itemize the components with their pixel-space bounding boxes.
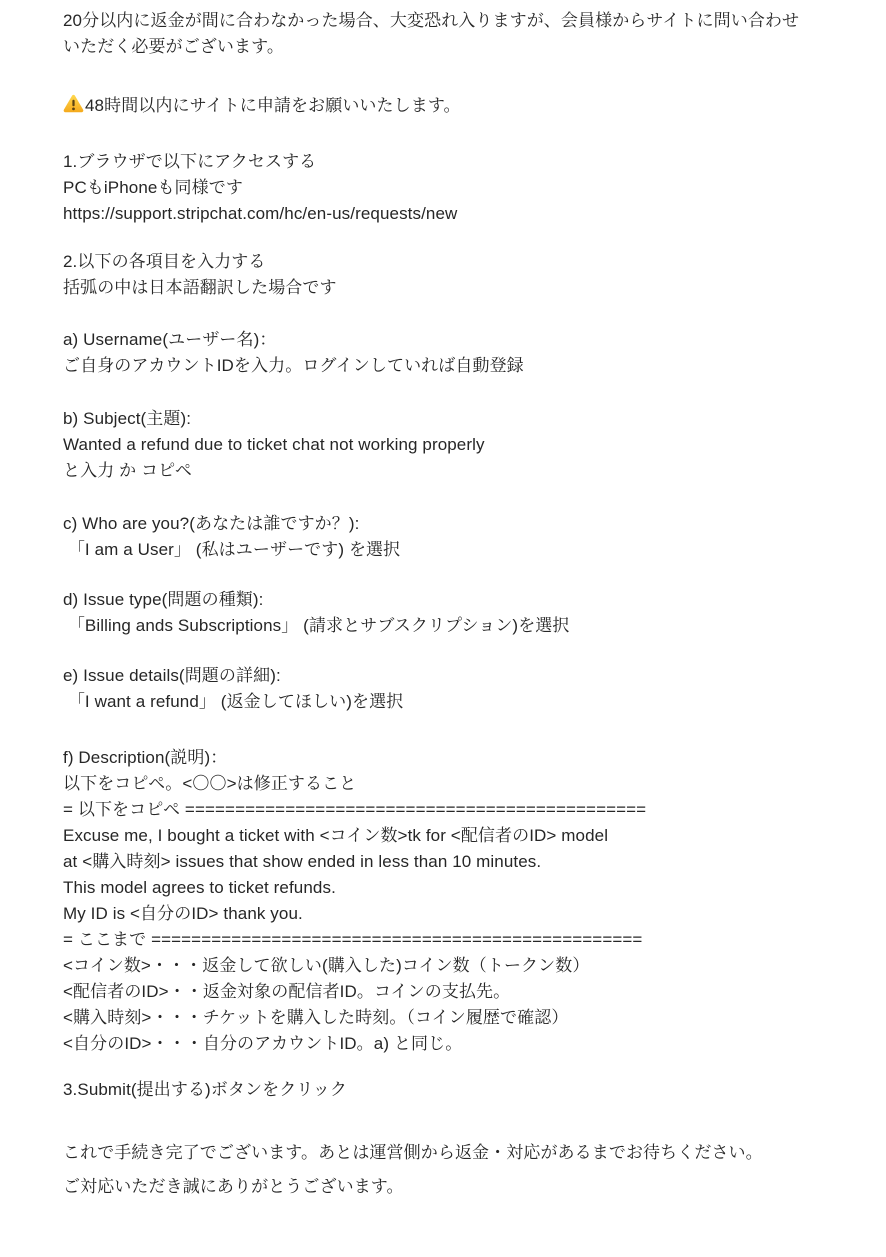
copy-end-divider: = ここまで =================================…: [63, 927, 846, 953]
paragraph-field-description: f) Description(説明)： 以下をコピペ。<〇〇>は修正すること =…: [63, 745, 846, 1057]
field-issue-details-instruction: 「I want a refund」 (返金してほしい)を選択: [63, 689, 846, 715]
paragraph-step-1: 1.ブラウザで以下にアクセスする PCもiPhoneも同様です https://…: [63, 149, 846, 227]
page: { "page": { "background": "#ffffff", "te…: [0, 0, 886, 1257]
paragraph-step-2: 2.以下の各項目を入力する 括弧の中は日本語翻訳した場合です: [63, 249, 846, 301]
field-username-label: a) Username(ユーザー名)：: [63, 327, 846, 353]
field-who-label: c) Who are you?(あなたは誰ですか？):: [63, 511, 846, 537]
field-description-instruction: 以下をコピペ。<〇〇>は修正すること: [63, 771, 846, 797]
closing-line: これで手続き完了でございます。あとは運営側から返金・対応があるまでお待ちください…: [63, 1140, 846, 1166]
step-1-title: 1.ブラウザで以下にアクセスする: [63, 149, 846, 175]
template-text-line: My ID is <自分のID> thank you.: [63, 901, 846, 927]
copy-start-divider: = 以下をコピペ ===============================…: [63, 797, 846, 823]
paragraph-field-username: a) Username(ユーザー名)： ご自身のアカウントIDを入力。ログインし…: [63, 327, 846, 379]
field-subject-label: b) Subject(主題):: [63, 406, 846, 432]
paragraph-field-subject: b) Subject(主題): Wanted a refund due to t…: [63, 406, 846, 484]
field-issue-details-label: e) Issue details(問題の詳細):: [63, 663, 846, 689]
field-subject-value: Wanted a refund due to ticket chat not w…: [63, 432, 846, 458]
paragraph-field-issue-details: e) Issue details(問題の詳細): 「I want a refun…: [63, 663, 846, 715]
placeholder-definition: <自分のID>・・・自分のアカウントID。a) と同じ。: [63, 1031, 846, 1057]
placeholder-definition: <購入時刻>・・・チケットを購入した時刻。（コイン履歴で確認）: [63, 1005, 846, 1031]
paragraph-field-who: c) Who are you?(あなたは誰ですか？): 「I am a User…: [63, 511, 846, 563]
template-text-line: Excuse me, I bought a ticket with <コイン数>…: [63, 823, 846, 849]
placeholder-definition: <コイン数>・・・返金して欲しい(購入した)コイン数（トークン数）: [63, 953, 846, 979]
placeholder-definition: <配信者のID>・・返金対象の配信者ID。コインの支払先。: [63, 979, 846, 1005]
support-url-text: https://support.stripchat.com/hc/en-us/r…: [63, 201, 846, 227]
paragraph-intro: 20分以内に返金が間に合わなかった場合、大変恐れ入りますが、会員様からサイトに問…: [63, 8, 846, 60]
closing-line: ご対応いただき誠にありがとうございます。: [63, 1174, 846, 1200]
paragraph-field-issue-type: d) Issue type(問題の種類): 「Billing ands Subs…: [63, 587, 846, 639]
step-2-title: 2.以下の各項目を入力する: [63, 249, 846, 275]
template-text-line: This model agrees to ticket refunds.: [63, 875, 846, 901]
deadline-warning-line: 48時間以内にサイトに申請をお願いいたします。: [63, 93, 846, 119]
intro-line: いただく必要がございます。: [63, 34, 846, 60]
field-who-instruction: 「I am a User」 (私はユーザーです) を選択: [63, 537, 846, 563]
field-subject-instruction: と入力 か コピペ: [63, 458, 846, 484]
step-3-title: 3.Submit(提出する)ボタンをクリック: [63, 1077, 846, 1103]
field-username-instruction: ご自身のアカウントIDを入力。ログインしていれば自動登録: [63, 353, 846, 379]
deadline-warning-text: 48時間以内にサイトに申請をお願いいたします。: [85, 96, 461, 115]
paragraph-closing-1: これで手続き完了でございます。あとは運営側から返金・対応があるまでお待ちください…: [63, 1140, 846, 1166]
paragraph-step-3: 3.Submit(提出する)ボタンをクリック: [63, 1077, 846, 1103]
intro-line: 20分以内に返金が間に合わなかった場合、大変恐れ入りますが、会員様からサイトに問…: [63, 8, 846, 34]
warning-icon: [63, 94, 84, 113]
paragraph-closing-2: ご対応いただき誠にありがとうございます。: [63, 1174, 846, 1200]
field-description-label: f) Description(説明)：: [63, 745, 846, 771]
step-1-note: PCもiPhoneも同様です: [63, 175, 846, 201]
field-issue-type-instruction: 「Billing ands Subscriptions」 (請求とサブスクリプシ…: [63, 613, 846, 639]
step-2-note: 括弧の中は日本語翻訳した場合です: [63, 275, 846, 301]
field-issue-type-label: d) Issue type(問題の種類):: [63, 587, 846, 613]
template-text-line: at <購入時刻> issues that show ended in less…: [63, 849, 846, 875]
paragraph-deadline-warning: 48時間以内にサイトに申請をお願いいたします。: [63, 93, 846, 119]
refund-instructions-document: 20分以内に返金が間に合わなかった場合、大変恐れ入りますが、会員様からサイトに問…: [0, 0, 886, 1200]
